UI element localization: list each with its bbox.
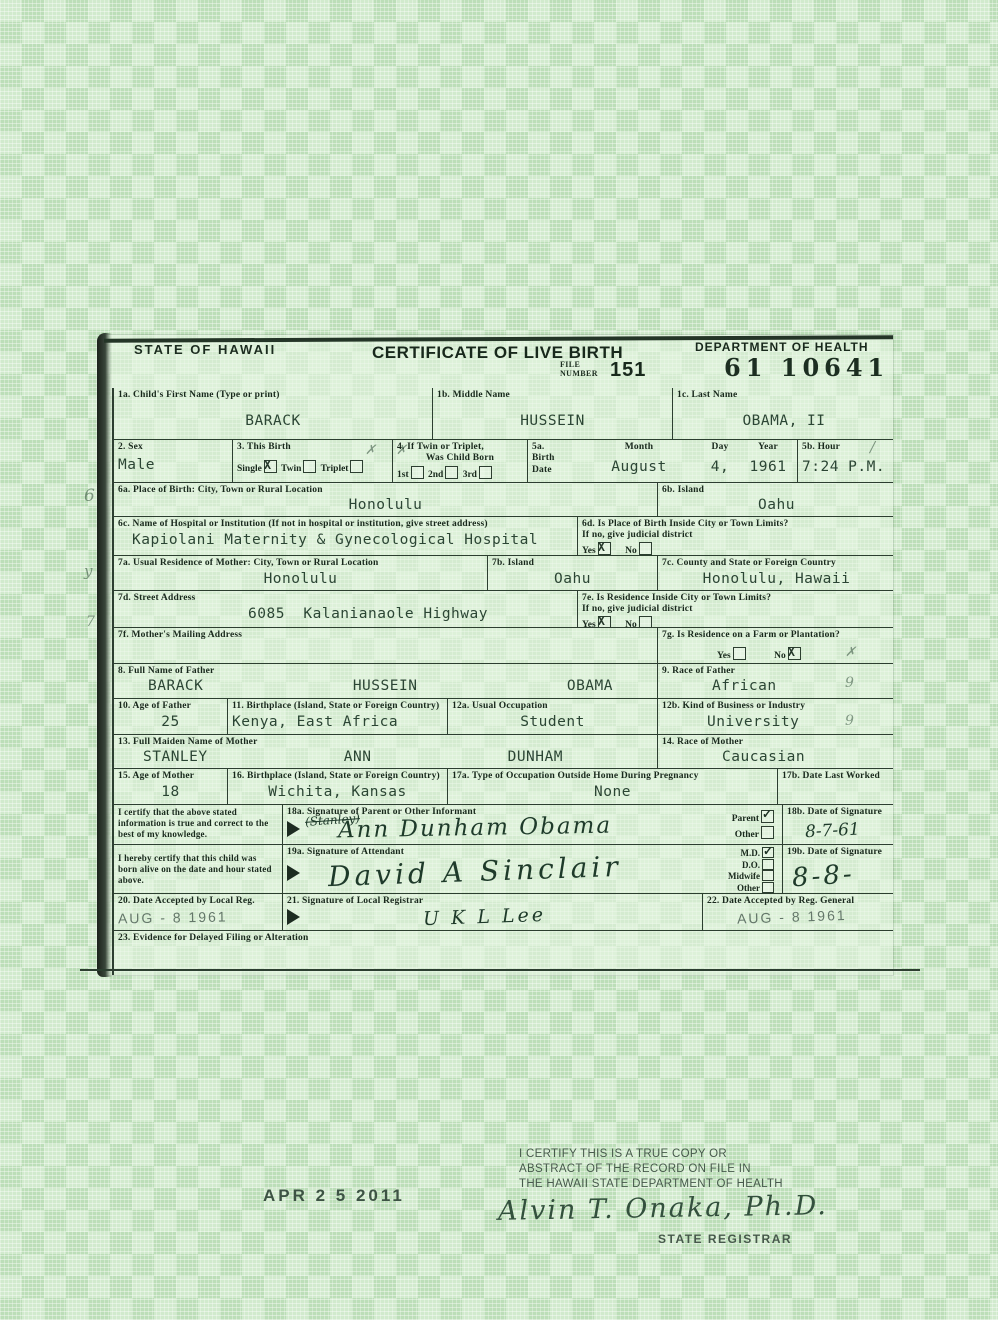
field-label: 12b. Kind of Business or Industry bbox=[662, 701, 891, 712]
field-label: 10. Age of Father bbox=[118, 701, 223, 712]
row-place-of-birth: 6a. Place of Birth: City, Town or Rural … bbox=[112, 483, 893, 517]
margin-mark-1: 6 bbox=[84, 486, 95, 506]
field-1b-middle-name: 1b. Middle Name HUSSEIN bbox=[432, 388, 672, 439]
field-value: 25 bbox=[118, 714, 223, 731]
field-16-mother-birthplace: 16. Birthplace (Island, State or Foreign… bbox=[227, 769, 447, 804]
pen-scribble-right-2: 9 bbox=[845, 713, 854, 729]
field-label: 17a. Type of Occupation Outside Home Dur… bbox=[452, 771, 773, 782]
certify-text: I certify that the above stated informat… bbox=[118, 807, 278, 839]
pen-scribble-hour: / bbox=[870, 438, 875, 456]
date-stamp-local: AUG - 8 1961 bbox=[118, 908, 278, 927]
field-value: Wichita, Kansas bbox=[232, 784, 443, 801]
field-number: 5a. bbox=[532, 442, 555, 453]
field-value: Oahu bbox=[492, 571, 653, 588]
checkbox-midwife bbox=[762, 870, 774, 881]
field-label: 17b. Date Last Worked bbox=[782, 771, 891, 782]
mother-first: STANLEY bbox=[143, 749, 208, 766]
field-value: 6085 Kalanianaole Highway bbox=[248, 606, 573, 623]
parent-label: Parent bbox=[732, 814, 759, 824]
field-value: Male bbox=[118, 457, 228, 474]
field-5b-hour: 5b. Hour 7:24 P.M. bbox=[797, 440, 895, 482]
certification-line-2: ABSTRACT OF THE RECORD ON FILE IN bbox=[519, 1162, 783, 1177]
field-6a-place-of-birth: 6a. Place of Birth: City, Town or Rural … bbox=[114, 483, 657, 516]
field-label: 6a. Place of Birth: City, Town or Rural … bbox=[118, 485, 653, 496]
informant-signature: Ann Dunham Obama bbox=[338, 813, 612, 844]
field-2-sex: 2. Sex Male bbox=[114, 440, 232, 482]
row-mother-residence: 7a. Usual Residence of Mother: City, Tow… bbox=[112, 556, 893, 591]
row-mother-details: 15. Age of Mother 18 16. Birthplace (Isl… bbox=[112, 769, 893, 805]
field-note: If no, give judicial district bbox=[582, 530, 891, 541]
checkbox-mark: X bbox=[598, 614, 605, 627]
field-label: 7f. Mother's Mailing Address bbox=[118, 630, 653, 641]
field-label: 1c. Last Name bbox=[677, 390, 891, 401]
field-value: Oahu bbox=[662, 497, 891, 514]
field-value: HUSSEIN bbox=[437, 413, 668, 430]
checkbox-7e-no bbox=[639, 616, 652, 627]
twin-label: Twin bbox=[281, 464, 301, 474]
field-12b-industry: 12b. Kind of Business or Industry Univer… bbox=[657, 699, 895, 734]
field-13-mother-name: 13. Full Maiden Name of Mother STANLEY A… bbox=[114, 735, 657, 768]
field-23-delayed-filing: 23. Evidence for Delayed Filing or Alter… bbox=[114, 931, 895, 975]
state-registrar-title: STATE REGISTRAR bbox=[658, 1232, 792, 1246]
field-value: Honolulu bbox=[118, 497, 653, 514]
field-label: 6b. Island bbox=[662, 485, 891, 496]
field-value: 7:24 P.M. bbox=[802, 459, 891, 476]
arrow-icon bbox=[287, 909, 300, 925]
certify-statement-18: I certify that the above stated informat… bbox=[114, 805, 282, 844]
field-label: 7e. Is Residence Inside City or Town Lim… bbox=[582, 593, 891, 604]
pen-scribble-this-birth: ✗ ✗ bbox=[365, 443, 415, 458]
field-9-father-race: 9. Race of Father African bbox=[657, 664, 895, 698]
first-label: 1st bbox=[397, 470, 409, 480]
row-registrar: 20. Date Accepted by Local Reg. AUG - 8 … bbox=[112, 894, 893, 931]
field-value: None bbox=[452, 784, 773, 801]
row-father-details: 10. Age of Father 25 11. Birthplace (Isl… bbox=[112, 699, 893, 735]
month-value: August bbox=[580, 459, 698, 476]
single-label: Single bbox=[237, 464, 262, 474]
signature-date-value: 8-7-61 bbox=[805, 818, 892, 842]
second-label: 2nd bbox=[428, 470, 443, 480]
no-label: No bbox=[625, 546, 637, 555]
checkbox-other-attendant bbox=[762, 882, 774, 893]
field-6b-island: 6b. Island Oahu bbox=[657, 483, 895, 516]
field-7c-county-state: 7c. County and State or Foreign Country … bbox=[657, 556, 895, 590]
field-7a-residence: 7a. Usual Residence of Mother: City, Tow… bbox=[114, 556, 487, 590]
yes-label: Yes bbox=[582, 620, 596, 627]
field-12a-occupation: 12a. Usual Occupation Student bbox=[447, 699, 657, 734]
field-label: 11. Birthplace (Island, State or Foreign… bbox=[232, 701, 443, 712]
form-header: STATE OF HAWAII CERTIFICATE OF LIVE BIRT… bbox=[112, 335, 893, 388]
birth-word: Birth bbox=[532, 453, 555, 464]
field-19a-attendant-signature: 19a. Signature of Attendant David A Sinc… bbox=[282, 845, 782, 893]
field-label: 7c. County and State or Foreign Country bbox=[662, 558, 891, 569]
field-label: 5b. Hour bbox=[802, 442, 891, 453]
field-value: University bbox=[707, 714, 891, 731]
checkbox-7e-yes: X bbox=[598, 616, 611, 627]
field-label: 20. Date Accepted by Local Reg. bbox=[118, 896, 278, 907]
margin-mark-2: y bbox=[84, 562, 92, 580]
field-11-father-birthplace: 11. Birthplace (Island, State or Foreign… bbox=[227, 699, 447, 734]
year-value: 1961 bbox=[742, 459, 794, 476]
field-label: 4. If Twin or Triplet, bbox=[397, 442, 523, 453]
field-10-father-age: 10. Age of Father 25 bbox=[114, 699, 227, 734]
field-7b-island: 7b. Island Oahu bbox=[487, 556, 657, 590]
field-value: Kenya, East Africa bbox=[232, 714, 443, 731]
checkbox-single: X bbox=[264, 460, 277, 473]
certification-line-3: THE HAWAII STATE DEPARTMENT OF HEALTH bbox=[519, 1177, 783, 1192]
row-child-name: 1a. Child's First Name (Type or print) B… bbox=[112, 388, 893, 440]
field-note: If no, give judicial district bbox=[582, 604, 891, 615]
field-label: 6d. Is Place of Birth Inside City or Tow… bbox=[582, 519, 891, 530]
row-informant-signature: I certify that the above stated informat… bbox=[112, 805, 893, 845]
field-7f-mailing-address: 7f. Mother's Mailing Address bbox=[114, 628, 657, 663]
certify-text: I hereby certify that this child was bor… bbox=[118, 853, 278, 885]
row-delayed-filing: 23. Evidence for Delayed Filing or Alter… bbox=[112, 931, 893, 975]
triplet-label: Triplet bbox=[321, 464, 349, 474]
field-label: 2. Sex bbox=[118, 442, 228, 453]
field-label: 16. Birthplace (Island, State or Foreign… bbox=[232, 771, 443, 782]
field-6c-hospital: 6c. Name of Hospital or Institution (If … bbox=[114, 517, 577, 555]
certificate-number: 61 10641 bbox=[724, 353, 889, 382]
checkbox-7g-no: X bbox=[788, 647, 801, 660]
checkbox-do bbox=[762, 859, 774, 870]
field-label: 8. Full Name of Father bbox=[118, 666, 653, 677]
field-label: 7b. Island bbox=[492, 558, 653, 569]
checkbox-3rd bbox=[479, 466, 492, 479]
field-label: 1a. Child's First Name (Type or print) bbox=[118, 390, 428, 401]
pen-scribble-right-1: 9 bbox=[845, 675, 854, 691]
arrow-icon bbox=[287, 821, 300, 837]
field-label: 7a. Usual Residence of Mother: City, Tow… bbox=[118, 558, 483, 569]
field-14-mother-race: 14. Race of Mother Caucasian bbox=[657, 735, 895, 768]
checkbox-triplet bbox=[350, 460, 363, 473]
other-informant-label: Other bbox=[735, 830, 759, 840]
field-17b-date-last-worked: 17b. Date Last Worked bbox=[777, 769, 895, 804]
day-value: 4, bbox=[700, 459, 740, 476]
field-value: African bbox=[712, 678, 891, 695]
checkbox-1st bbox=[411, 466, 424, 479]
field-label: 23. Evidence for Delayed Filing or Alter… bbox=[118, 933, 891, 944]
field-label: 15. Age of Mother bbox=[118, 771, 223, 782]
field-8-father-name: 8. Full Name of Father BARACK HUSSEIN OB… bbox=[114, 664, 657, 698]
pen-scribble-7g: ✗ bbox=[845, 645, 856, 660]
father-last: OBAMA bbox=[567, 678, 613, 695]
field-value: Honolulu bbox=[118, 571, 483, 588]
field-value: Honolulu, Hawaii bbox=[662, 571, 891, 588]
checkbox-6d-no bbox=[639, 542, 652, 555]
row-hospital: 6c. Name of Hospital or Institution (If … bbox=[112, 517, 893, 556]
yes-label: Yes bbox=[717, 651, 731, 661]
field-7e-residence-limits: 7e. Is Residence Inside City or Town Lim… bbox=[577, 591, 895, 627]
checkbox-mark: X bbox=[598, 540, 605, 554]
row-father-name: 8. Full Name of Father BARACK HUSSEIN OB… bbox=[112, 664, 893, 699]
date-stamp-general: AUG - 8 1961 bbox=[737, 906, 891, 927]
file-number-value: 151 bbox=[610, 359, 646, 382]
field-value: Caucasian bbox=[722, 749, 891, 766]
field-21-local-registrar-signature: 21. Signature of Local Registrar U K L L… bbox=[282, 894, 702, 930]
field-value: Kapiolani Maternity & Gynecological Hosp… bbox=[132, 532, 573, 549]
field-7g-farm: 7g. Is Residence on a Farm or Plantation… bbox=[657, 628, 895, 663]
field-label: 7g. Is Residence on a Farm or Plantation… bbox=[662, 630, 891, 641]
checkbox-6d-yes: X bbox=[598, 542, 611, 555]
mother-middle: ANN bbox=[344, 749, 372, 766]
mother-maiden: DUNHAM bbox=[508, 749, 563, 766]
department-of-health-label: DEPARTMENT OF HEALTH bbox=[695, 340, 869, 354]
field-label: 9. Race of Father bbox=[662, 666, 891, 677]
yes-label: Yes bbox=[582, 546, 596, 555]
checkbox-2nd bbox=[445, 466, 458, 479]
field-1a-first-name: 1a. Child's First Name (Type or print) B… bbox=[114, 388, 432, 439]
scanned-birth-certificate-page: STATE OF HAWAII CERTIFICATE OF LIVE BIRT… bbox=[0, 0, 998, 1320]
checkbox-mark: ✓ bbox=[762, 807, 772, 821]
md-label: M.D. bbox=[741, 848, 761, 858]
third-label: 3rd bbox=[463, 470, 477, 480]
field-6d-city-limits: 6d. Is Place of Birth Inside City or Tow… bbox=[577, 517, 895, 555]
do-label: D.O. bbox=[742, 860, 760, 870]
checkbox-mark: X bbox=[264, 458, 271, 472]
day-header: Day bbox=[700, 442, 740, 453]
date-word: Date bbox=[532, 465, 555, 476]
field-label: 14. Race of Mother bbox=[662, 737, 891, 748]
year-header: Year bbox=[742, 442, 794, 453]
field-label: 1b. Middle Name bbox=[437, 390, 668, 401]
field-22-date-accepted-general: 22. Date Accepted by Reg. General AUG - … bbox=[702, 894, 895, 930]
father-first: BARACK bbox=[148, 678, 203, 695]
checkbox-other-informant bbox=[761, 826, 774, 839]
field-label-line2: Was Child Born bbox=[397, 453, 523, 464]
field-value: 18 bbox=[118, 784, 223, 801]
field-15-mother-age: 15. Age of Mother 18 bbox=[114, 769, 227, 804]
signature-date-value: 8-8-61 bbox=[791, 857, 893, 893]
midwife-label: Midwife bbox=[728, 871, 760, 881]
checkbox-mark: ✓ bbox=[763, 845, 773, 858]
row-mailing-address: 7f. Mother's Mailing Address 7g. Is Resi… bbox=[112, 628, 893, 664]
state-of-hawaii-label: STATE OF HAWAII bbox=[134, 342, 276, 357]
margin-mark-3: 7 bbox=[86, 614, 95, 630]
other-attendant-label: Other bbox=[737, 883, 760, 893]
month-header: Month bbox=[580, 442, 698, 453]
state-registrar-signature: Alvin T. Onaka, Ph.D. bbox=[498, 1190, 828, 1227]
arrow-icon bbox=[287, 865, 300, 881]
certificate-form: STATE OF HAWAII CERTIFICATE OF LIVE BIRT… bbox=[100, 335, 893, 975]
field-1c-last-name: 1c. Last Name OBAMA, II bbox=[672, 388, 895, 439]
row-street-address: 7d. Street Address 6085 Kalanianaole Hig… bbox=[112, 591, 893, 628]
number-word: NUMBER bbox=[560, 370, 598, 379]
certificate-title: CERTIFICATE OF LIVE BIRTH bbox=[372, 343, 623, 363]
certify-statement-19: I hereby certify that this child was bor… bbox=[114, 845, 282, 893]
checkbox-twin bbox=[303, 460, 316, 473]
field-19b-signature-date: 19b. Date of Signature 8-8-61 bbox=[782, 845, 895, 893]
field-value: OBAMA, II bbox=[677, 413, 891, 430]
file-number-block: FILE NUMBER bbox=[560, 361, 598, 379]
checkbox-7g-yes bbox=[733, 647, 746, 660]
father-middle: HUSSEIN bbox=[353, 678, 418, 695]
field-value: Student bbox=[452, 714, 653, 731]
no-label: No bbox=[774, 651, 786, 661]
field-label: 12a. Usual Occupation bbox=[452, 701, 653, 712]
field-label: 18b. Date of Signature bbox=[787, 807, 891, 818]
row-mother-name: 13. Full Maiden Name of Mother STANLEY A… bbox=[112, 735, 893, 769]
local-registrar-signature: U K L Lee bbox=[423, 904, 547, 930]
received-date-stamp: APR 2 5 2011 bbox=[263, 1186, 405, 1206]
certification-stamp: I CERTIFY THIS IS A TRUE COPY OR ABSTRAC… bbox=[519, 1147, 783, 1192]
book-binding-shadow bbox=[97, 333, 112, 977]
field-7d-street-address: 7d. Street Address 6085 Kalanianaole Hig… bbox=[114, 591, 577, 627]
field-20-date-accepted-local: 20. Date Accepted by Local Reg. AUG - 8 … bbox=[114, 894, 282, 930]
field-5a-birth-date: 5a. Birth Date Month August Day 4, Year … bbox=[527, 440, 797, 482]
field-label: 7d. Street Address bbox=[118, 593, 573, 604]
no-label: No bbox=[625, 620, 637, 627]
row-sex-birth-date: 2. Sex Male 3. This Birth SingleX Twin T… bbox=[112, 440, 893, 483]
field-value: BARACK bbox=[118, 413, 428, 430]
field-18a-informant-signature: 18a. Signature of Parent or Other Inform… bbox=[282, 805, 782, 844]
field-18b-signature-date: 18b. Date of Signature 8-7-61 bbox=[782, 805, 895, 844]
checkbox-parent: ✓ bbox=[761, 810, 774, 823]
field-label: 13. Full Maiden Name of Mother bbox=[118, 737, 653, 748]
field-label: 6c. Name of Hospital or Institution (If … bbox=[118, 519, 573, 530]
checkbox-mark: X bbox=[788, 645, 795, 659]
row-attendant-signature: I hereby certify that this child was bor… bbox=[112, 845, 893, 894]
checkbox-md: ✓ bbox=[762, 847, 774, 858]
certification-line-1: I CERTIFY THIS IS A TRUE COPY OR bbox=[519, 1147, 783, 1162]
field-17a-occupation-pregnancy: 17a. Type of Occupation Outside Home Dur… bbox=[447, 769, 777, 804]
